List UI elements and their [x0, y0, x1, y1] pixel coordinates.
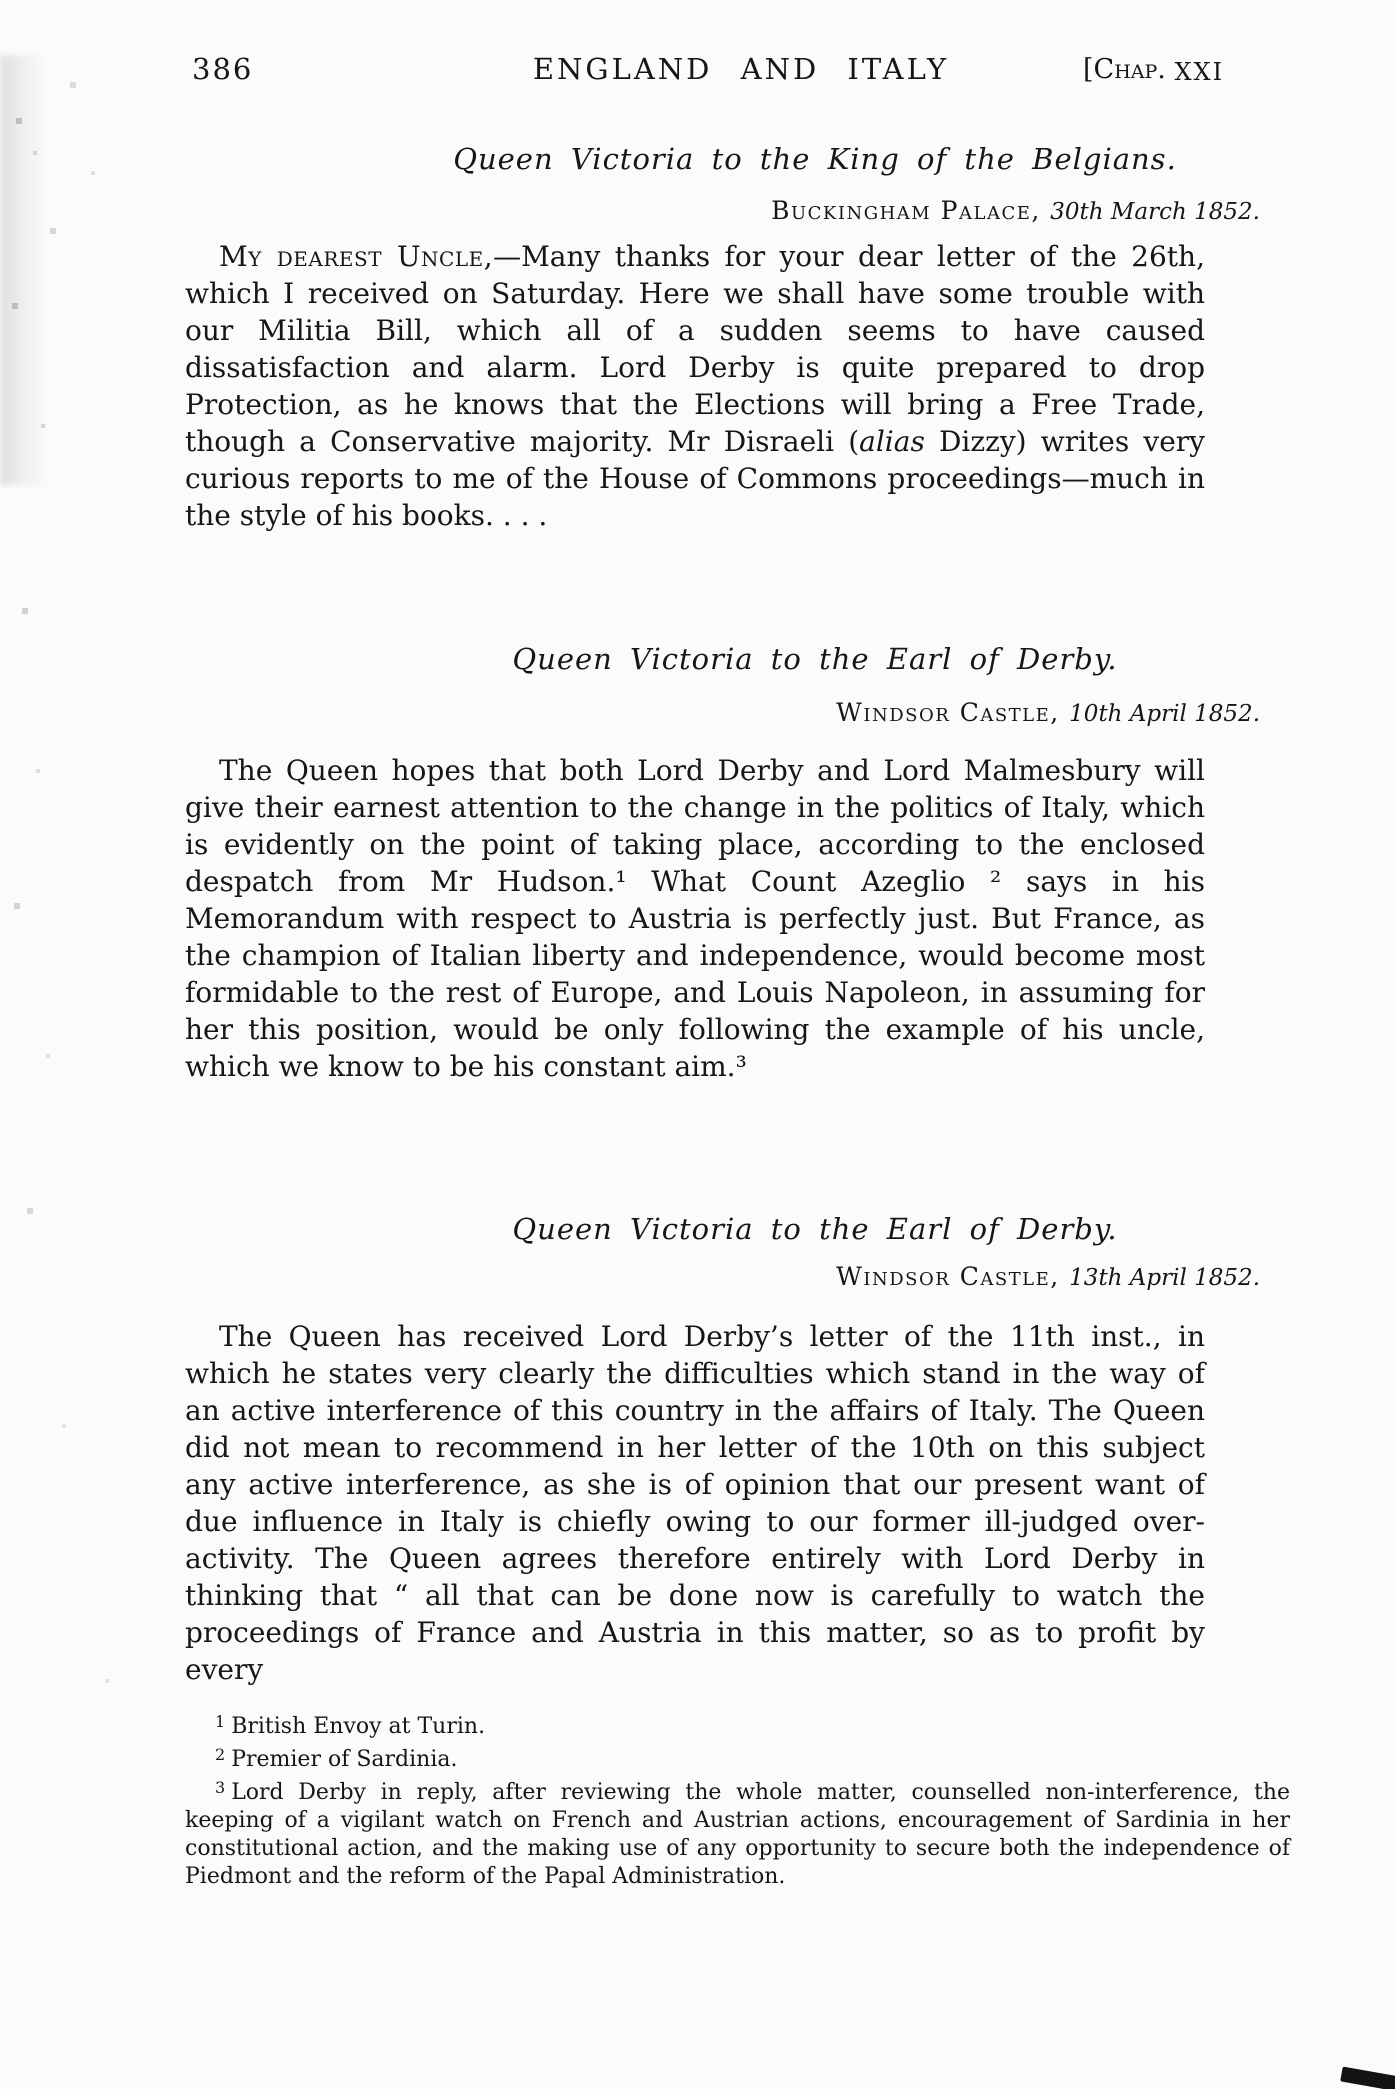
chapter-numeral: XXI — [1174, 58, 1224, 86]
scan-edge-smudge — [0, 55, 52, 485]
letter-1-alias-word: alias — [859, 425, 925, 458]
letter-1-heading: Queen Victoria to the King of the Belgia… — [305, 142, 1325, 176]
footnote-text: Lord Derby in reply, after reviewing the… — [185, 1780, 1290, 1889]
chapter-label: [Chap. XXI — [1083, 54, 1224, 86]
page-number: 386 — [192, 52, 253, 86]
running-title: ENGLAND AND ITALY — [533, 52, 949, 86]
letter-2-heading: Queen Victoria to the Earl of Derby. — [305, 642, 1325, 676]
scan-corner-mark — [1340, 2067, 1395, 2089]
book-page: 386 ENGLAND AND ITALY [Chap. XXI Queen V… — [0, 0, 1395, 2089]
footnote-item: 1British Envoy at Turin. — [185, 1708, 1290, 1741]
letter-2-place: Windsor Castle, — [836, 698, 1069, 727]
chapter-prefix: [Chap. — [1083, 54, 1174, 85]
letter-2-body: The Queen hopes that both Lord Derby and… — [185, 752, 1205, 1085]
letter-2-dateline: Windsor Castle, 10th April 1852. — [185, 698, 1260, 727]
footnote-text: British Envoy at Turin. — [231, 1714, 485, 1739]
footnote-text: Premier of Sardinia. — [231, 1747, 457, 1772]
letter-1-body: My dearest Uncle,—Many thanks for your d… — [185, 238, 1205, 534]
footnote-item: 2Premier of Sardinia. — [185, 1741, 1290, 1774]
footnotes-block: 1British Envoy at Turin. 2Premier of Sar… — [185, 1708, 1290, 1891]
letter-3-date: 13th April 1852. — [1069, 1265, 1260, 1291]
letter-3-place: Windsor Castle, — [836, 1262, 1069, 1291]
letter-3-body: The Queen has received Lord Derby’s lett… — [185, 1318, 1205, 1688]
scan-noise — [0, 0, 2, 2]
letter-1-salutation: My dearest Uncle, — [219, 240, 493, 273]
footnote-number: 1 — [215, 1712, 225, 1731]
footnote-item: 3Lord Derby in reply, after reviewing th… — [185, 1774, 1290, 1891]
footnote-number: 2 — [215, 1745, 225, 1764]
letter-3-heading: Queen Victoria to the Earl of Derby. — [305, 1212, 1325, 1246]
letter-3-dateline: Windsor Castle, 13th April 1852. — [185, 1262, 1260, 1291]
letter-1-date: 30th March 1852. — [1050, 199, 1260, 225]
letter-2-date: 10th April 1852. — [1069, 701, 1260, 727]
letter-1-place: Buckingham Palace, — [771, 196, 1050, 225]
letter-1-dateline: Buckingham Palace, 30th March 1852. — [185, 196, 1260, 225]
footnote-number: 3 — [215, 1778, 225, 1797]
